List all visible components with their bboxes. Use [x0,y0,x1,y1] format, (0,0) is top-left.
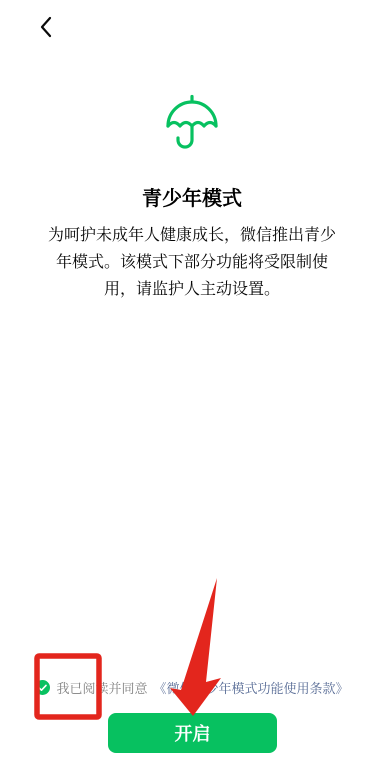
page-title: 青少年模式 [17,182,367,211]
enable-button[interactable]: 开启 [108,713,277,753]
intro-line: 用，请监护人主动设置。 [17,276,367,303]
agreement-checkbox[interactable] [35,680,50,695]
back-chevron-icon [38,15,54,39]
umbrella-icon [164,94,220,152]
back-button[interactable] [38,15,54,39]
teen-mode-screen: 青少年模式 为呵护未成年人健康成长，微信推出青少 年模式。该模式下部分功能将受限… [0,0,367,757]
intro-text: 为呵护未成年人健康成长，微信推出青少 年模式。该模式下部分功能将受限制使 用，请… [17,222,367,303]
hero [17,94,367,157]
intro-line: 为呵护未成年人健康成长，微信推出青少 [17,222,367,249]
checkmark-circle-icon [35,680,50,695]
intro-line: 年模式。该模式下部分功能将受限制使 [17,249,367,276]
terms-link[interactable]: 《微信青少年模式功能使用条款》 [154,678,349,697]
agreement-row: 我已阅读并同意《微信青少年模式功能使用条款》 [17,678,367,696]
navbar [0,0,367,48]
agreement-text: 我已阅读并同意 [56,678,147,697]
